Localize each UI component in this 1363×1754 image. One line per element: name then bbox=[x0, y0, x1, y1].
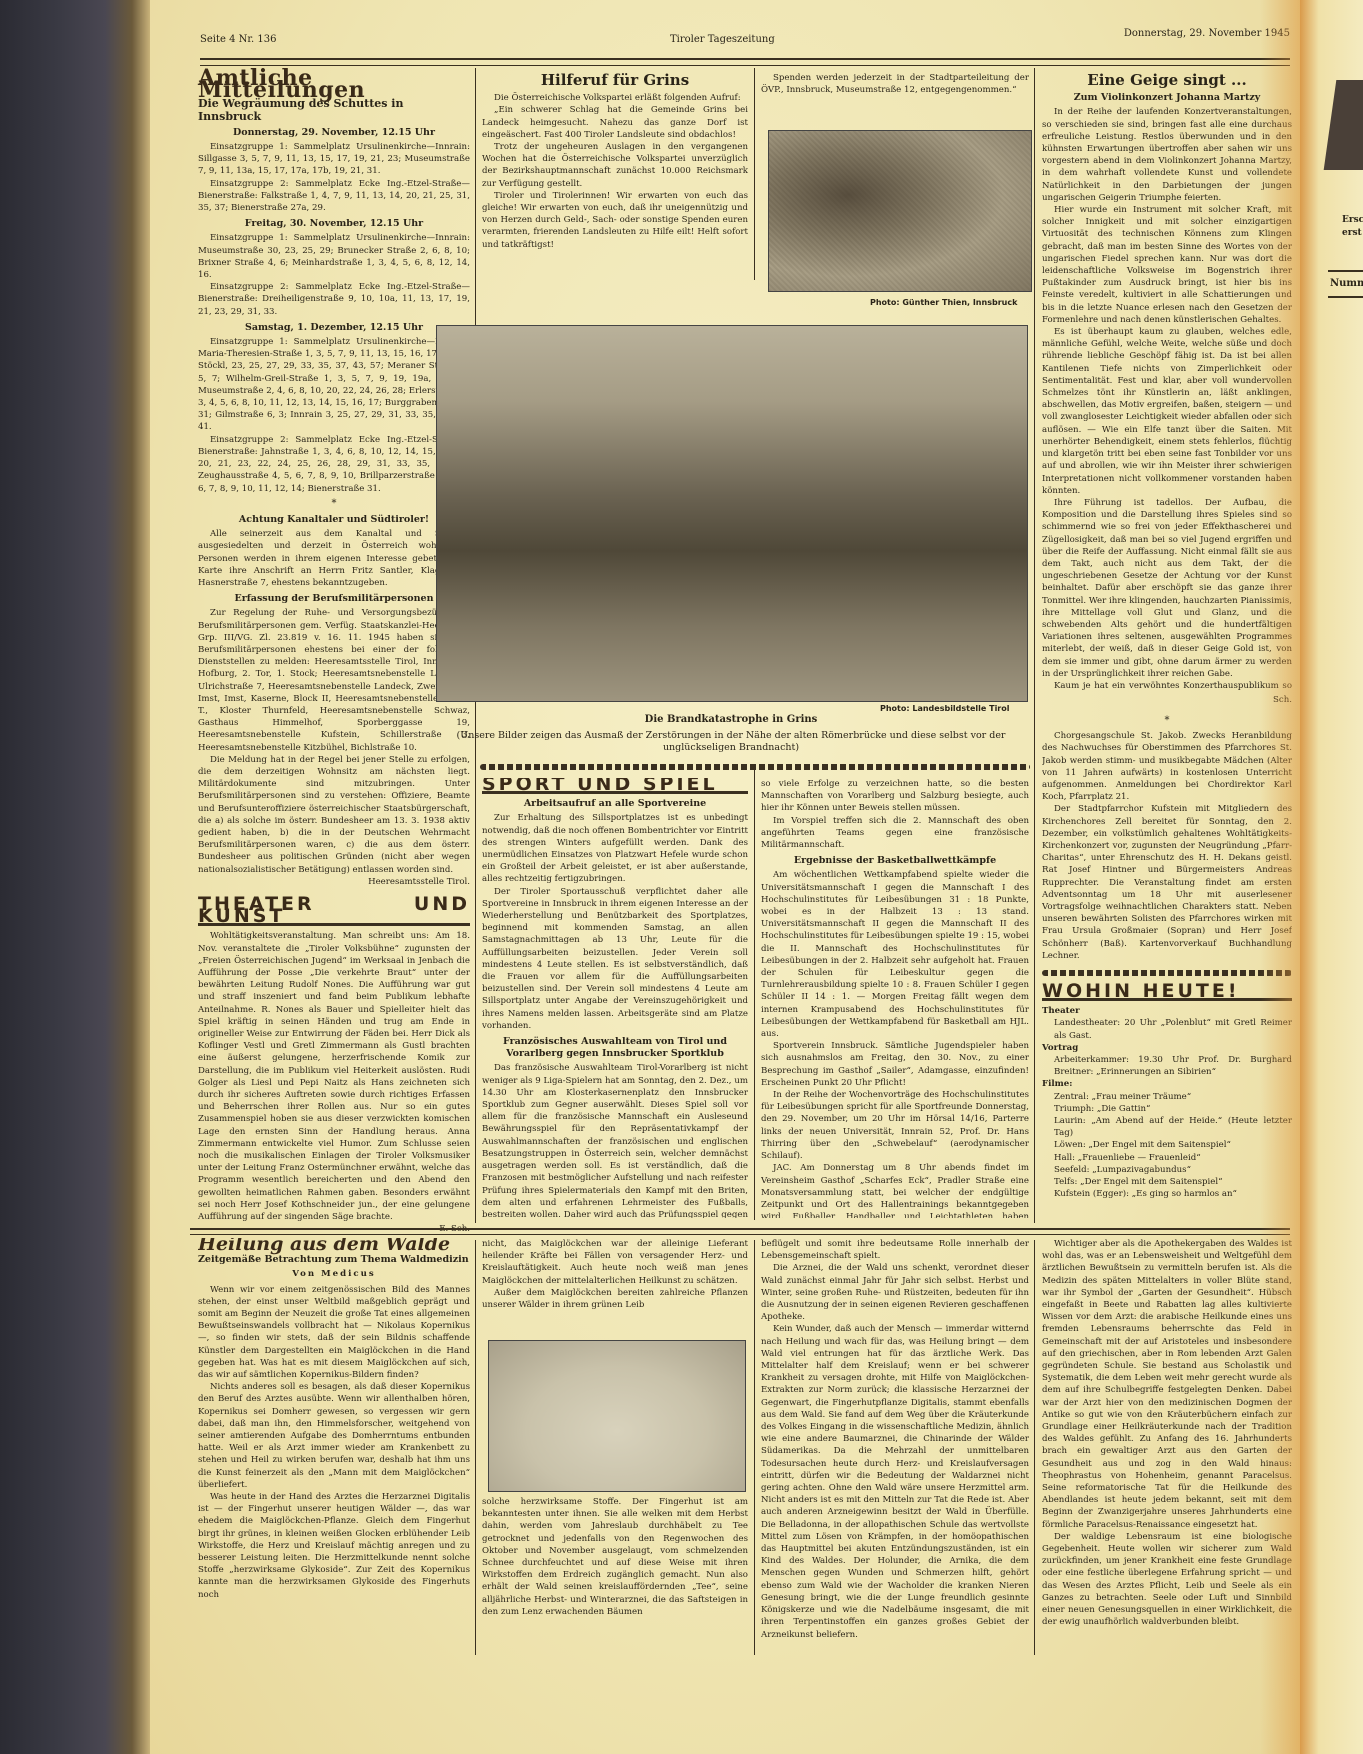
sport-und-spiel: SPORT UND SPIEL Arbeitsaufruf an alle Sp… bbox=[482, 778, 748, 1218]
page-header: Seite 4 Nr. 136 Tiroler Tageszeitung Don… bbox=[200, 34, 1290, 54]
article-body: Am wöchentlichen Wettkampfabend spielte … bbox=[761, 869, 1029, 1040]
notice: Chorgesangschule St. Jakob. Zwecks Heran… bbox=[1042, 730, 1292, 803]
paragraph: Hier wurde ein Instrument mit solcher Kr… bbox=[1042, 204, 1292, 326]
hilferuf-article: Hilferuf für Grins Die Österreichische V… bbox=[482, 72, 748, 251]
newspaper-name: Tiroler Tageszeitung bbox=[670, 34, 775, 45]
paragraph: nicht, das Maiglöckchen war der alleinig… bbox=[482, 1238, 748, 1287]
paragraph: Die Arznei, die der Wald uns schenkt, ve… bbox=[761, 1262, 1029, 1323]
paragraph: Wichtiger aber als die Apothekergaben de… bbox=[1042, 1238, 1292, 1531]
music-notices: * Chorgesangschule St. Jakob. Zwecks Her… bbox=[1042, 712, 1292, 960]
paragraph: Im Vorspiel treffen sich die 2. Mannscha… bbox=[761, 815, 1029, 852]
notice-body: Die Meldung hat in der Regel bei jener S… bbox=[198, 754, 470, 876]
article-title: Eine Geige singt ... bbox=[1042, 74, 1292, 86]
listing: Hall: „Frauenliebe — Frauenleid“ bbox=[1042, 1152, 1292, 1164]
listing: Seefeld: „Lumpazivagabundus“ bbox=[1042, 1164, 1292, 1176]
article-signature: Sch. bbox=[1042, 694, 1292, 706]
next-page-edge: Ersch erst Numm bbox=[1300, 0, 1363, 1754]
paragraph: „Ein schwerer Schlag hat die Gemeinde Gr… bbox=[482, 104, 748, 141]
paragraph: solche herzwirksame Stoffe. Der Fingerhu… bbox=[482, 1496, 748, 1618]
rule bbox=[1328, 296, 1363, 298]
note: JAC. Am Donnerstag um 8 Uhr abends finde… bbox=[761, 1162, 1029, 1218]
column-divider bbox=[1034, 1240, 1035, 1655]
section-title: Amtliche Mitteilungen bbox=[198, 72, 470, 96]
day-heading: Freitag, 30. November, 12.15 Uhr bbox=[198, 218, 470, 230]
category-label: Theater bbox=[1042, 1005, 1292, 1017]
article-subtitle: Die Wegräumung des Schuttes in Innsbruck bbox=[198, 98, 470, 122]
eine-geige-singt: Eine Geige singt ... Zum Violinkonzert J… bbox=[1042, 72, 1292, 692]
section-rule bbox=[190, 1228, 1290, 1235]
photo-grins-village bbox=[768, 130, 1032, 292]
listing: Landestheater: 20 Uhr „Polenblut“ mit Gr… bbox=[1042, 1017, 1292, 1041]
heilung-col3: beflügelt und somit ihre bedeutsame Roll… bbox=[761, 1238, 1029, 1656]
hilferuf-continued: Spenden werden jederzeit in der Stadtpar… bbox=[761, 72, 1029, 96]
paragraph: Außer dem Maiglöckchen bereiten zahlreic… bbox=[482, 1287, 748, 1311]
amtliche-mitteilungen: Amtliche Mitteilungen Die Wegräumung des… bbox=[198, 72, 470, 888]
paragraph: Spenden werden jederzeit in der Stadtpar… bbox=[761, 72, 1029, 96]
wavy-divider bbox=[1042, 970, 1292, 976]
article-heading: Französisches Auswahlteam von Tirol und … bbox=[482, 1036, 748, 1060]
day-heading: Samstag, 1. Dezember, 12.15 Uhr bbox=[198, 322, 470, 334]
group-text: Einsatzgruppe 2: Sammelplatz Ecke Ing.-E… bbox=[198, 178, 470, 215]
paragraph: beflügelt und somit ihre bedeutsame Roll… bbox=[761, 1238, 1029, 1262]
notice-body: Zur Regelung der Ruhe- und Versorgungsbe… bbox=[198, 607, 470, 753]
paragraph: Kaum je hat ein verwöhntes Konzerthauspu… bbox=[1042, 680, 1292, 692]
listing: Kufstein (Egger): „Es ging so harmlos an… bbox=[1042, 1188, 1292, 1200]
listing: Telfs: „Der Engel mit dem Saitenspiel“ bbox=[1042, 1176, 1292, 1188]
heilung-col2-bottom: solche herzwirksame Stoffe. Der Fingerhu… bbox=[482, 1496, 748, 1656]
article-heading: Arbeitsaufruf an alle Sportvereine bbox=[482, 798, 748, 810]
note: In der Reihe der Wochenvorträge des Hoch… bbox=[761, 1089, 1029, 1162]
article-subtitle: Zeitgemäße Betrachtung zum Thema Waldmed… bbox=[198, 1254, 470, 1266]
category-label: Vortrag bbox=[1042, 1042, 1292, 1054]
paragraph: Es ist überhaupt kaum zu glauben, welche… bbox=[1042, 326, 1292, 497]
column-divider bbox=[754, 770, 755, 1220]
photo-credit: Photo: Günther Thien, Innsbruck bbox=[870, 298, 1017, 307]
notice-signature: Heeresamtsstelle Tirol. bbox=[198, 876, 470, 888]
article-title: Hilferuf für Grins bbox=[482, 74, 748, 86]
theater-und-kunst: THEATER UND KUNST Wohltätigkeitsveransta… bbox=[198, 898, 470, 1235]
byline: Von Medicus bbox=[198, 1268, 470, 1280]
heilung-col2-top: nicht, das Maiglöckchen war der alleinig… bbox=[482, 1238, 748, 1311]
column-divider bbox=[754, 1240, 755, 1655]
partial-text: erst bbox=[1342, 228, 1362, 238]
section-banner: THEATER UND KUNST bbox=[198, 898, 470, 926]
article-body: Der Tiroler Sportausschuß verpflichtet d… bbox=[482, 886, 748, 1032]
illustration-gnome-lily-of-the-valley bbox=[488, 1340, 746, 1492]
photo-ruins-grins bbox=[436, 325, 1028, 702]
listing: Löwen: „Der Engel mit dem Saitenspiel“ bbox=[1042, 1139, 1292, 1151]
partial-text: Numm bbox=[1330, 278, 1363, 289]
photo-credit: Photo: Landesbildstelle Tirol bbox=[880, 704, 1010, 713]
photo-title: Die Brandkatastrophe in Grins bbox=[436, 714, 1026, 726]
page-number: Seite 4 Nr. 136 bbox=[200, 34, 277, 45]
group-text: Einsatzgruppe 2: Sammelplatz Ecke Ing.-E… bbox=[198, 434, 470, 495]
masthead-letter-fragment bbox=[1324, 80, 1363, 170]
day-heading: Donnerstag, 29. November, 12.15 Uhr bbox=[198, 127, 470, 139]
notice-heading: Erfassung der Berufsmilitärpersonen bbox=[198, 593, 470, 605]
article-body: Das französische Auswahlteam Tirol-Vorar… bbox=[482, 1062, 748, 1218]
notice-body: Alle seinerzeit aus dem Kanaltal und Süd… bbox=[198, 528, 470, 589]
heilung-col1: Heilung aus dem Walde Zeitgemäße Betrach… bbox=[198, 1238, 470, 1656]
separator-star: * bbox=[1042, 715, 1292, 727]
section-banner: SPORT UND SPIEL bbox=[482, 778, 748, 794]
section-banner: WOHIN HEUTE! bbox=[1042, 985, 1292, 1001]
paragraph: so viele Erfolge zu verzeichnen hatte, s… bbox=[761, 778, 1029, 815]
wohin-heute: WOHIN HEUTE! Theater Landestheater: 20 U… bbox=[1042, 985, 1292, 1200]
listing: Triumph: „Die Gattin“ bbox=[1042, 1103, 1292, 1115]
paragraph: Nichts anderes soll es besagen, als daß … bbox=[198, 1381, 470, 1491]
group-text: Einsatzgruppe 1: Sammelplatz Ursulinenki… bbox=[198, 336, 470, 434]
group-text: Einsatzgruppe 1: Sammelplatz Ursulinenki… bbox=[198, 141, 470, 178]
heilung-col4: Wichtiger aber als die Apothekergaben de… bbox=[1042, 1238, 1292, 1656]
sport-continued: so viele Erfolge zu verzeichnen hatte, s… bbox=[761, 778, 1029, 1218]
category-label: Filme: bbox=[1042, 1078, 1292, 1090]
article-subtitle: Zum Violinkonzert Johanna Martzy bbox=[1042, 92, 1292, 104]
paragraph: Der waldige Lebensraum ist eine biologis… bbox=[1042, 1531, 1292, 1629]
paragraph: Ihre Führung ist tadellos. Der Aufbau, d… bbox=[1042, 497, 1292, 680]
notice: Der Stadtpfarrchor Kufstein mit Mitglied… bbox=[1042, 803, 1292, 960]
rule bbox=[1328, 270, 1363, 272]
article-body: Zur Erhaltung des Sillsportplatzes ist e… bbox=[482, 812, 748, 885]
note: Sportverein Innsbruck. Sämtliche Jugends… bbox=[761, 1040, 1029, 1089]
paragraph: Trotz der ungeheuren Auslagen in den ver… bbox=[482, 141, 748, 190]
paragraph: Wenn wir vor einem zeitgenössischen Bild… bbox=[198, 1284, 470, 1382]
article-body: Wohltätigkeitsveranstaltung. Man schreib… bbox=[198, 930, 470, 1223]
column-divider bbox=[754, 68, 755, 280]
photo-caption: (Unsere Bilder zeigen das Ausmaß der Zer… bbox=[436, 730, 1026, 754]
paragraph: Kein Wunder, daß auch der Mensch — immer… bbox=[761, 1323, 1029, 1640]
issue-date: Donnerstag, 29. November 1945 bbox=[1124, 28, 1290, 39]
listing: Laurin: „Am Abend auf der Heide.“ (Heute… bbox=[1042, 1115, 1292, 1139]
column-divider bbox=[475, 1240, 476, 1655]
book-binding bbox=[0, 0, 150, 1754]
listing: Zentral: „Frau meiner Träume“ bbox=[1042, 1091, 1292, 1103]
paragraph: In der Reihe der laufenden Konzertverans… bbox=[1042, 106, 1292, 204]
wavy-divider bbox=[480, 764, 1030, 770]
group-text: Einsatzgruppe 2: Sammelplatz Ecke Ing.-E… bbox=[198, 281, 470, 318]
article-heading: Ergebnisse der Basketballwettkämpfe bbox=[761, 855, 1029, 867]
group-text: Einsatzgruppe 1: Sammelplatz Ursulinenki… bbox=[198, 232, 470, 281]
paragraph: Tiroler und Tirolerinnen! Wir erwarten v… bbox=[482, 190, 748, 251]
paragraph: Die Österreichische Volkspartei erläßt f… bbox=[482, 92, 748, 104]
separator-star: * bbox=[198, 498, 470, 510]
newspaper-page: Seite 4 Nr. 136 Tiroler Tageszeitung Don… bbox=[150, 0, 1300, 1754]
article-title: Heilung aus dem Walde bbox=[198, 1238, 470, 1250]
column-divider bbox=[1034, 68, 1035, 1223]
listing: Arbeiterkammer: 19.30 Uhr Prof. Dr. Burg… bbox=[1042, 1054, 1292, 1078]
partial-text: Ersch bbox=[1342, 215, 1363, 225]
header-rule bbox=[200, 58, 1290, 66]
notice-heading: Achtung Kanaltaler und Südtiroler! bbox=[198, 514, 470, 526]
paragraph: Was heute in der Hand des Arztes die Her… bbox=[198, 1491, 470, 1601]
